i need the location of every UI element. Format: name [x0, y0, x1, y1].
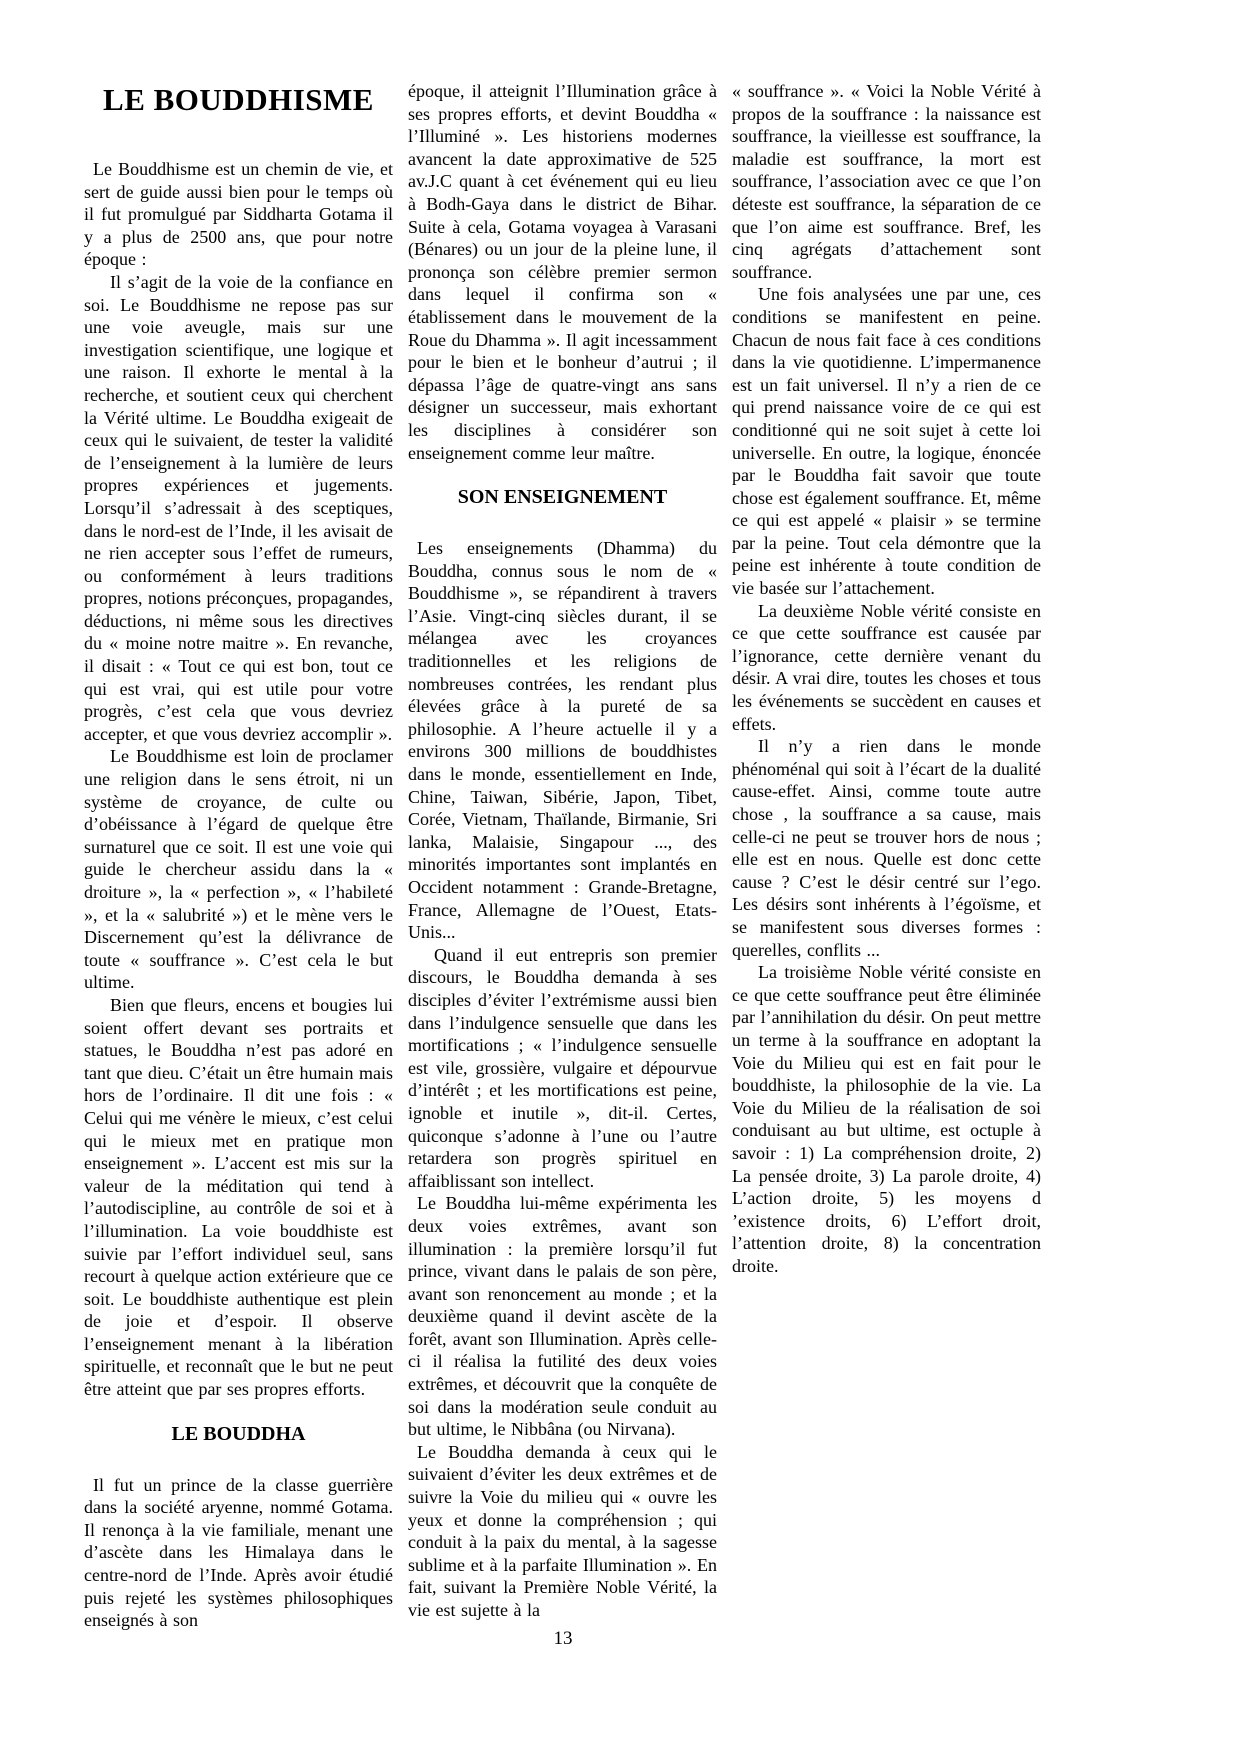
page-number: 13 [84, 1628, 1042, 1650]
paragraph: Le Bouddha demanda à ceux qui le suivaie… [408, 1441, 717, 1622]
document-title-text: LE BOUDDHISME [103, 82, 374, 117]
paragraph: Il n’y a rien dans le monde phénoménal q… [732, 735, 1041, 961]
column-2: époque, il atteignit l’Illumination grâc… [408, 80, 717, 1632]
paragraph: Les enseignements (Dhamma) du Bouddha, c… [408, 537, 717, 944]
paragraph: « souffrance ». « Voici la Noble Vérité … [732, 80, 1041, 283]
column-3: « souffrance ». « Voici la Noble Vérité … [732, 80, 1041, 1632]
page-content: LE BOUDDHISME Le Bouddhisme est un chemi… [84, 80, 1042, 1632]
paragraph: Le Bouddhisme est loin de proclamer une … [84, 745, 393, 994]
section-heading-son-enseignement: SON ENSEIGNEMENT [408, 486, 717, 509]
paragraph: Bien que fleurs, encens et bougies lui s… [84, 994, 393, 1401]
paragraph: Le Bouddha lui-même expérimenta les deux… [408, 1192, 717, 1441]
document-title: LE BOUDDHISME [84, 82, 393, 118]
paragraph: La troisième Noble vérité consiste en ce… [732, 961, 1041, 1277]
paragraph: époque, il atteignit l’Illumination grâc… [408, 80, 717, 464]
paragraph: Une fois analysées une par une, ces cond… [732, 283, 1041, 599]
paragraph: Quand il eut entrepris son premier disco… [408, 944, 717, 1193]
paragraph: La deuxième Noble vérité consiste en ce … [732, 600, 1041, 736]
paragraph: Le Bouddhisme est un chemin de vie, et s… [84, 158, 393, 271]
paragraph: Il fut un prince de la classe guerrière … [84, 1474, 393, 1632]
paragraph: Il s’agit de la voie de la confiance en … [84, 271, 393, 745]
document-page: LE BOUDDHISME Le Bouddhisme est un chemi… [0, 0, 1239, 1754]
section-heading-le-bouddha: LE BOUDDHA [84, 1423, 393, 1446]
column-1: LE BOUDDHISME Le Bouddhisme est un chemi… [84, 80, 393, 1632]
